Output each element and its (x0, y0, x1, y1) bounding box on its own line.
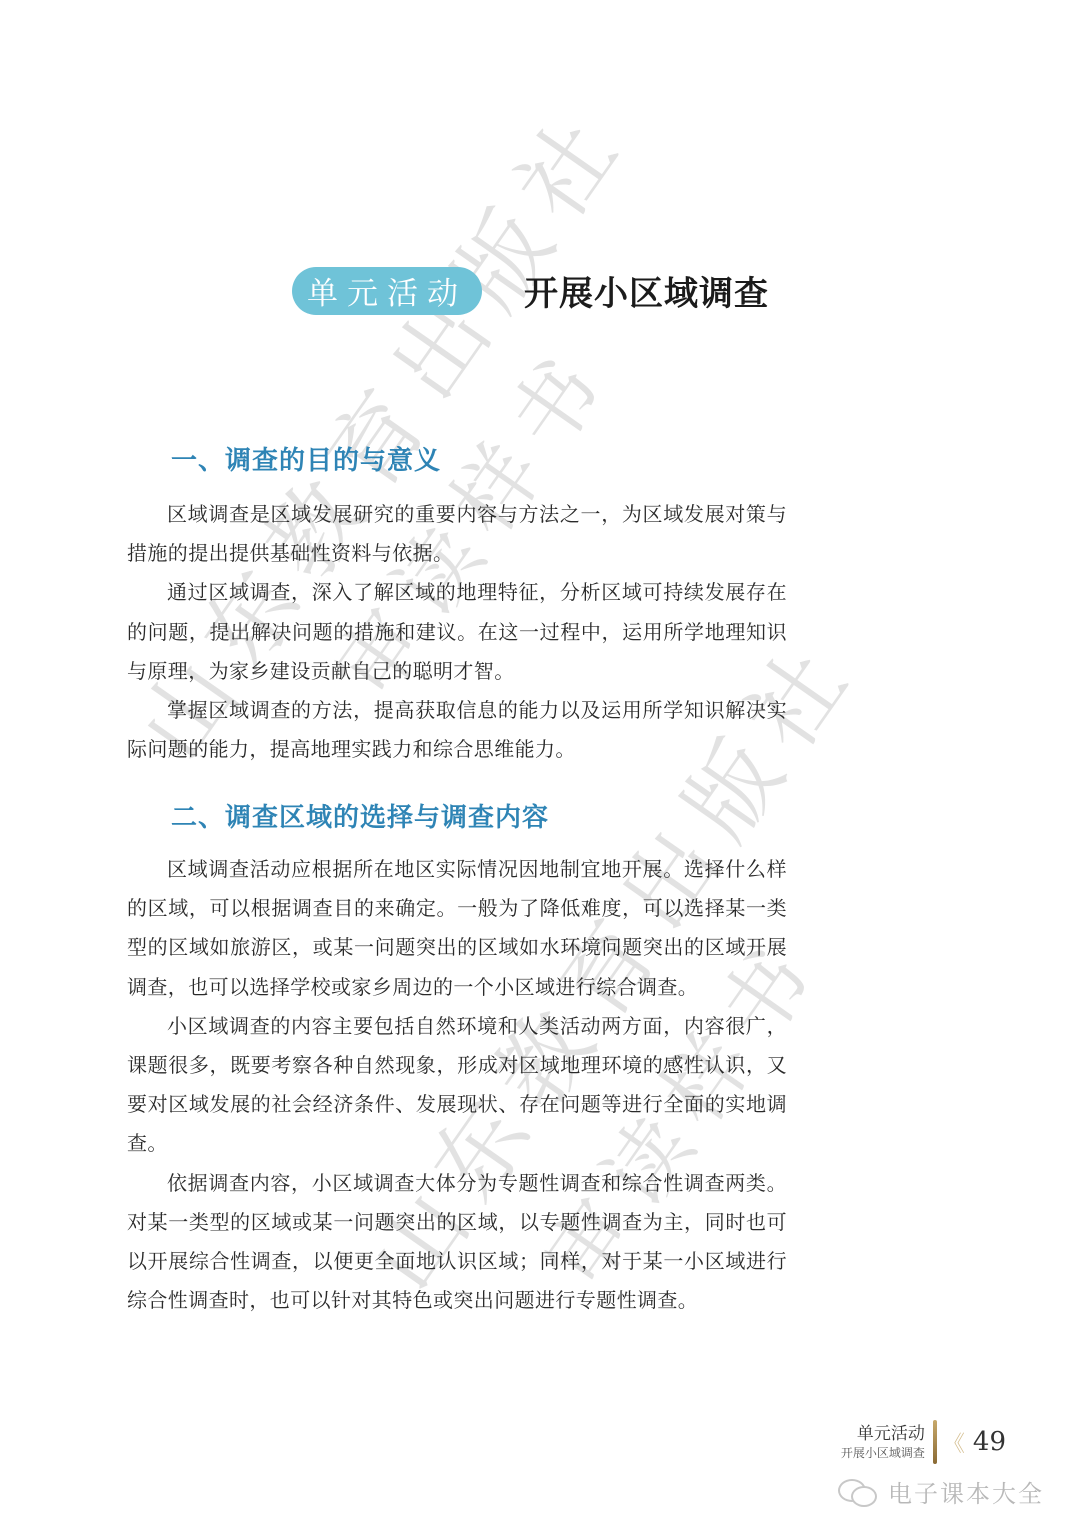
paragraph: 区域调查活动应根据所在地区实际情况因地制宜地开展。选择什么样的区域，可以根据调查… (127, 850, 787, 1007)
wechat-icon (838, 1477, 878, 1507)
footer-divider (933, 1420, 937, 1464)
paragraph: 掌握区域调查的方法，提高获取信息的能力以及运用所学知识解决实际问题的能力，提高地… (127, 691, 787, 769)
footer-text: 单元活动 开展小区域调查 (841, 1426, 925, 1459)
section-heading: 一、调查的目的与意义 (171, 440, 787, 477)
paragraph: 区域调查是区域发展研究的重要内容与方法之一，为区域发展对策与措施的提出提供基础性… (127, 495, 787, 573)
wechat-watermark-text: 电子课本大全 (888, 1474, 1044, 1509)
page-footer: 单元活动 开展小区域调查 《 49 (841, 1420, 1006, 1464)
footer-unit-label: 单元活动 (841, 1426, 925, 1443)
paragraph: 依据调查内容，小区域调查大体分为专题性调查和综合性调查两类。对某一类型的区域或某… (127, 1164, 787, 1321)
double-chevron-left-icon: 《 (943, 1427, 965, 1458)
unit-activity-badge: 单元活动 (292, 267, 482, 315)
paragraph: 通过区域调查，深入了解区域的地理特征，分析区域可持续发展存在的问题，提出解决问题… (127, 573, 787, 691)
wechat-watermark: 电子课本大全 (838, 1474, 1044, 1509)
section-selection: 二、调查区域的选择与调查内容 区域调查活动应根据所在地区实际情况因地制宜地开展。… (127, 797, 787, 1320)
page-number: 49 (973, 1427, 1006, 1457)
page-title-row: 单元活动 开展小区域调查 (292, 266, 769, 315)
page-title: 开展小区域调查 (524, 266, 769, 315)
section-heading: 二、调查区域的选择与调查内容 (171, 797, 787, 834)
paragraph: 小区域调查的内容主要包括自然环境和人类活动两方面，内容很广，课题很多，既要考察各… (127, 1007, 787, 1164)
footer-subtitle: 开展小区域调查 (841, 1447, 925, 1459)
section-purpose: 一、调查的目的与意义 区域调查是区域发展研究的重要内容与方法之一，为区域发展对策… (127, 440, 787, 769)
